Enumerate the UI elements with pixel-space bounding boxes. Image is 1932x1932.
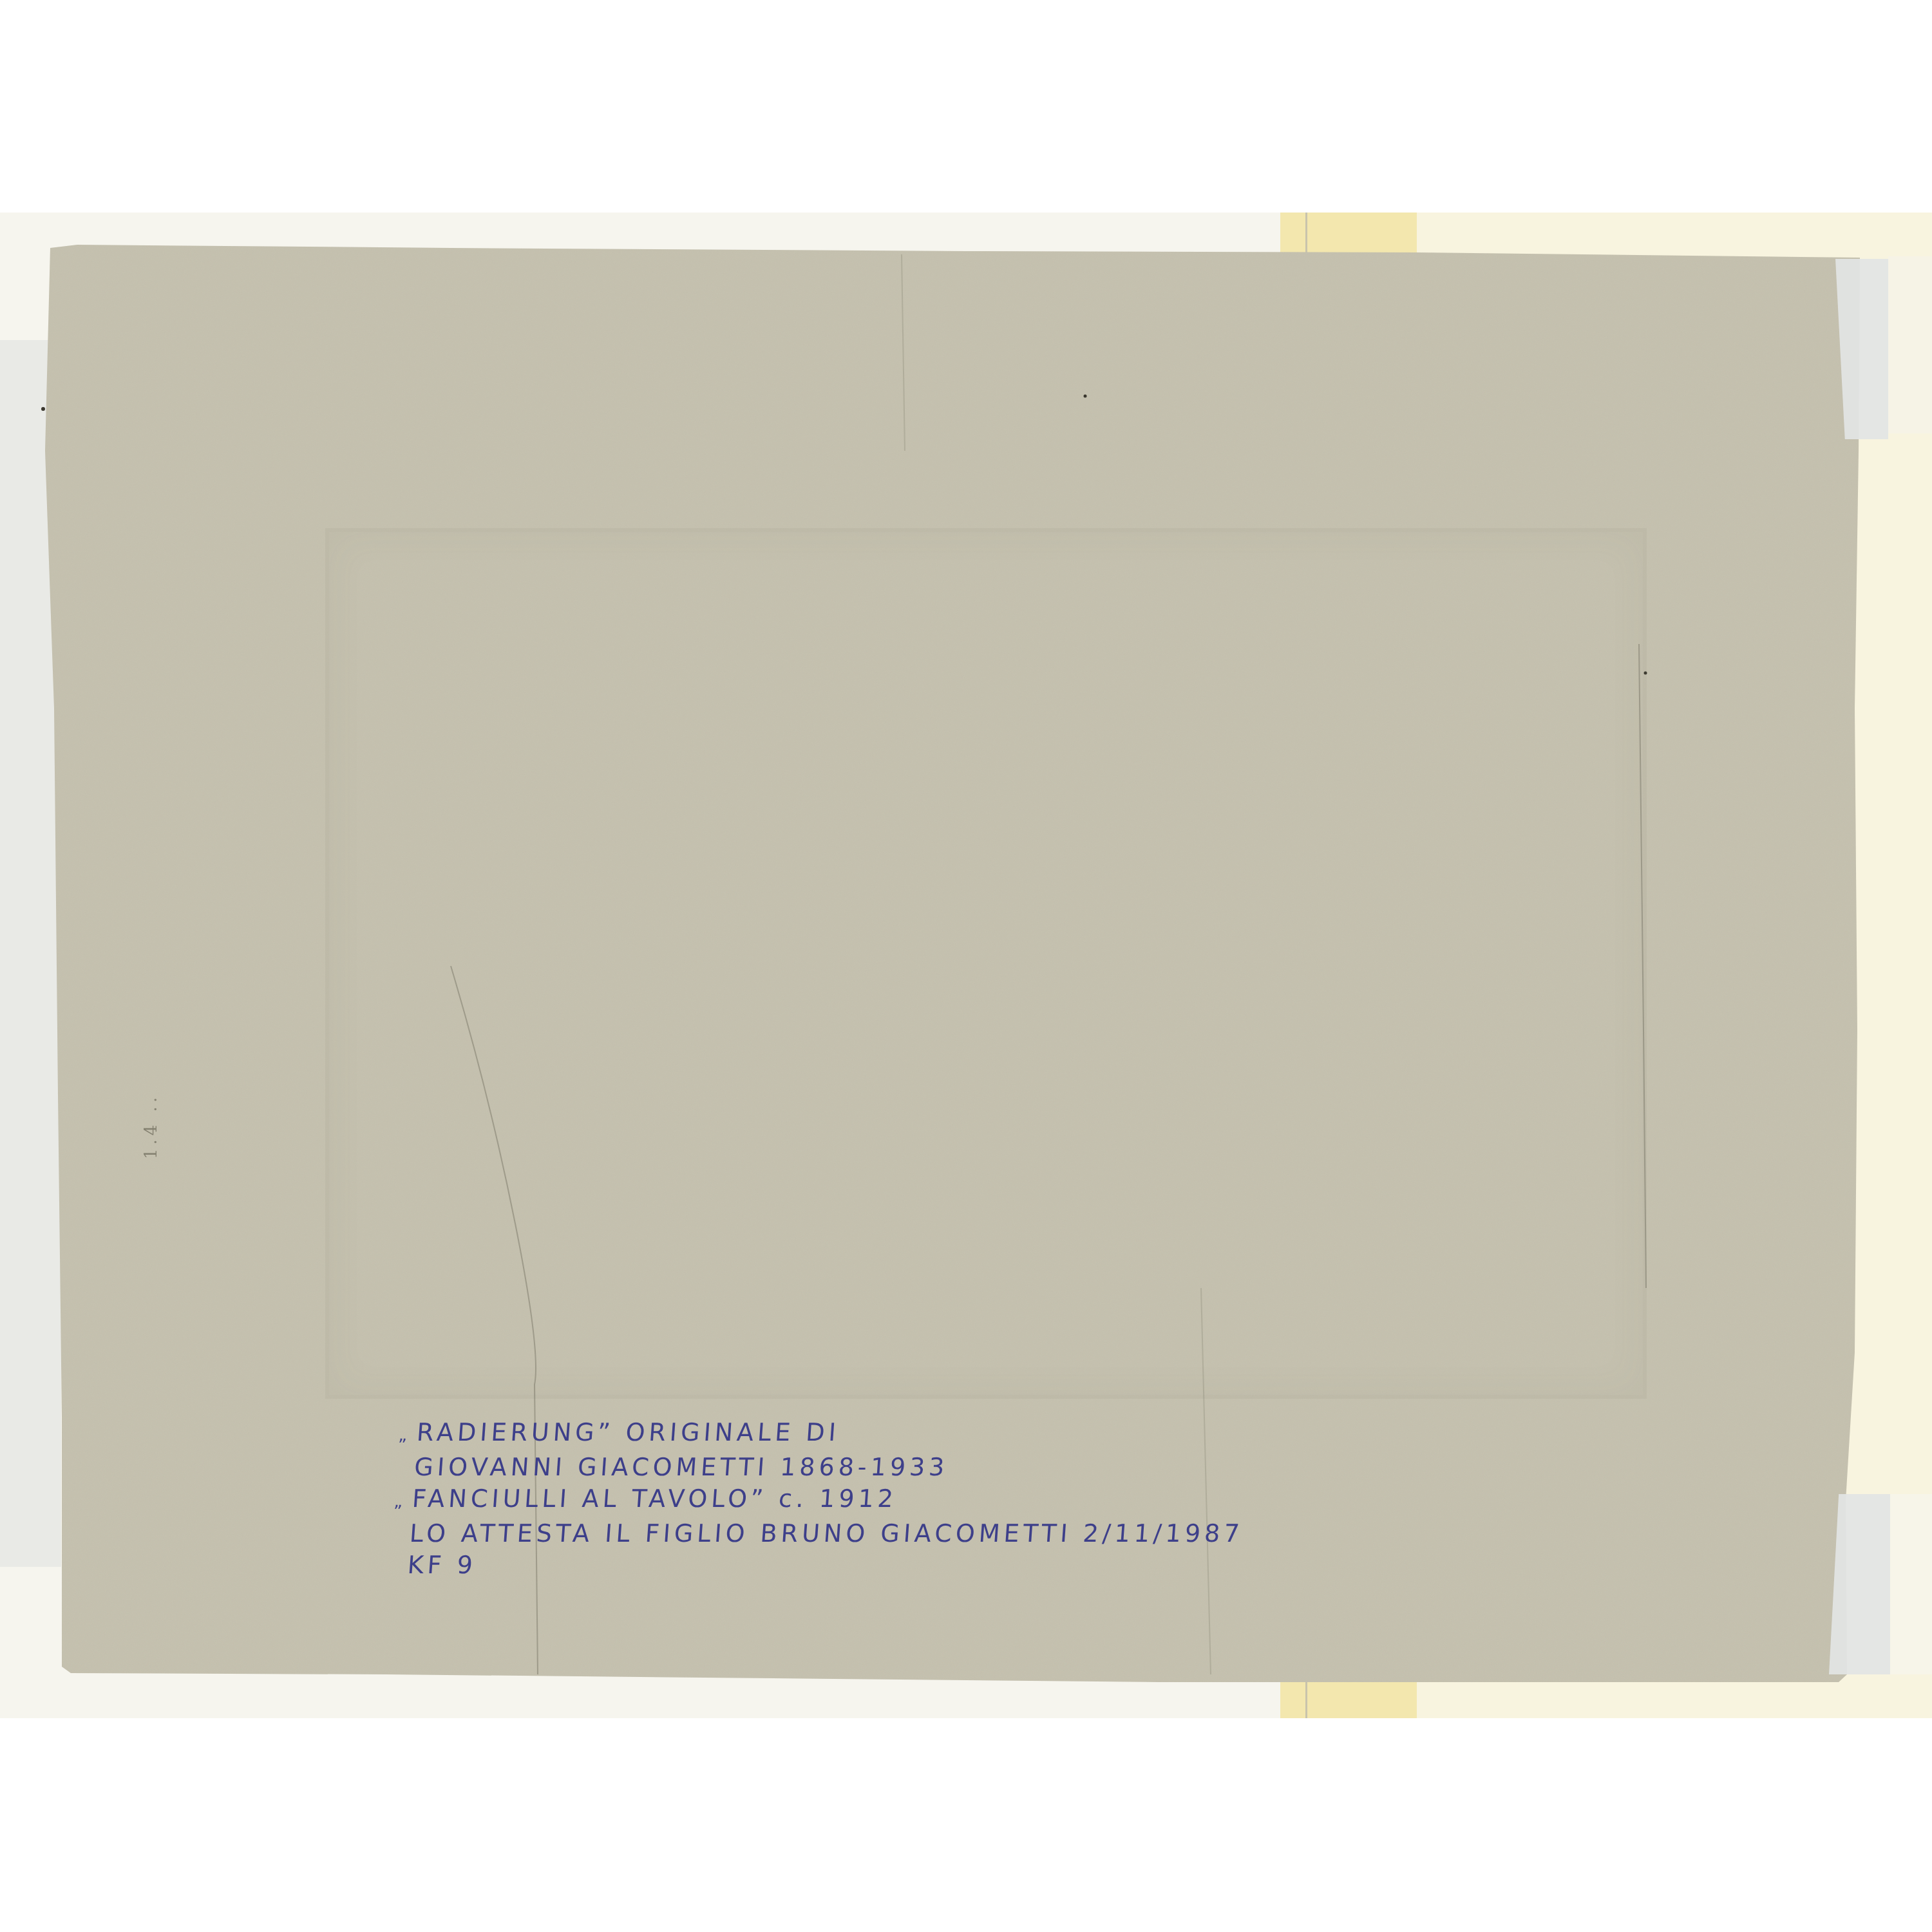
tape-hinge-bottom-right — [1829, 1494, 1890, 1674]
quote-mark: „ — [393, 1486, 413, 1518]
inscription-text: RADIERUNG” ORIGINALE DI — [416, 1418, 841, 1446]
plate-mark-impression — [325, 528, 1647, 1399]
handwritten-inscription: „RADIERUNG” ORIGINALE DI GIOVANNI GIACOM… — [388, 1417, 1251, 1581]
inscription-line-1: „RADIERUNG” ORIGINALE DI — [397, 1417, 1251, 1452]
inscription-text: GIOVANNI GIACOMETTI 1868-1933 — [413, 1453, 949, 1481]
inscription-line-3: „FANCIULLI AL TAVOLO” c. 1912 — [393, 1483, 1247, 1518]
pencil-notation: 1.4 .. — [142, 1094, 161, 1159]
tape-hinge-bottom-right-overlap — [1890, 1494, 1932, 1674]
quote-mark: „ — [397, 1420, 417, 1452]
inscription-line-4: LO ATTESTA IL FIGLIO BRUNO GIACOMETTI 2/… — [391, 1518, 1245, 1549]
inscription-text: FANCIULLI AL TAVOLO” c. 1912 — [411, 1484, 898, 1513]
inscription-line-5: KF 9 — [388, 1549, 1242, 1581]
inscription-text: KF 9 — [406, 1551, 477, 1579]
inscription-text: LO ATTESTA IL FIGLIO BRUNO GIACOMETTI 2/… — [409, 1519, 1244, 1548]
tape-hinge-top-right-overlap — [1888, 256, 1932, 433]
inscription-line-2: GIOVANNI GIACOMETTI 1868-1933 — [395, 1452, 1249, 1483]
